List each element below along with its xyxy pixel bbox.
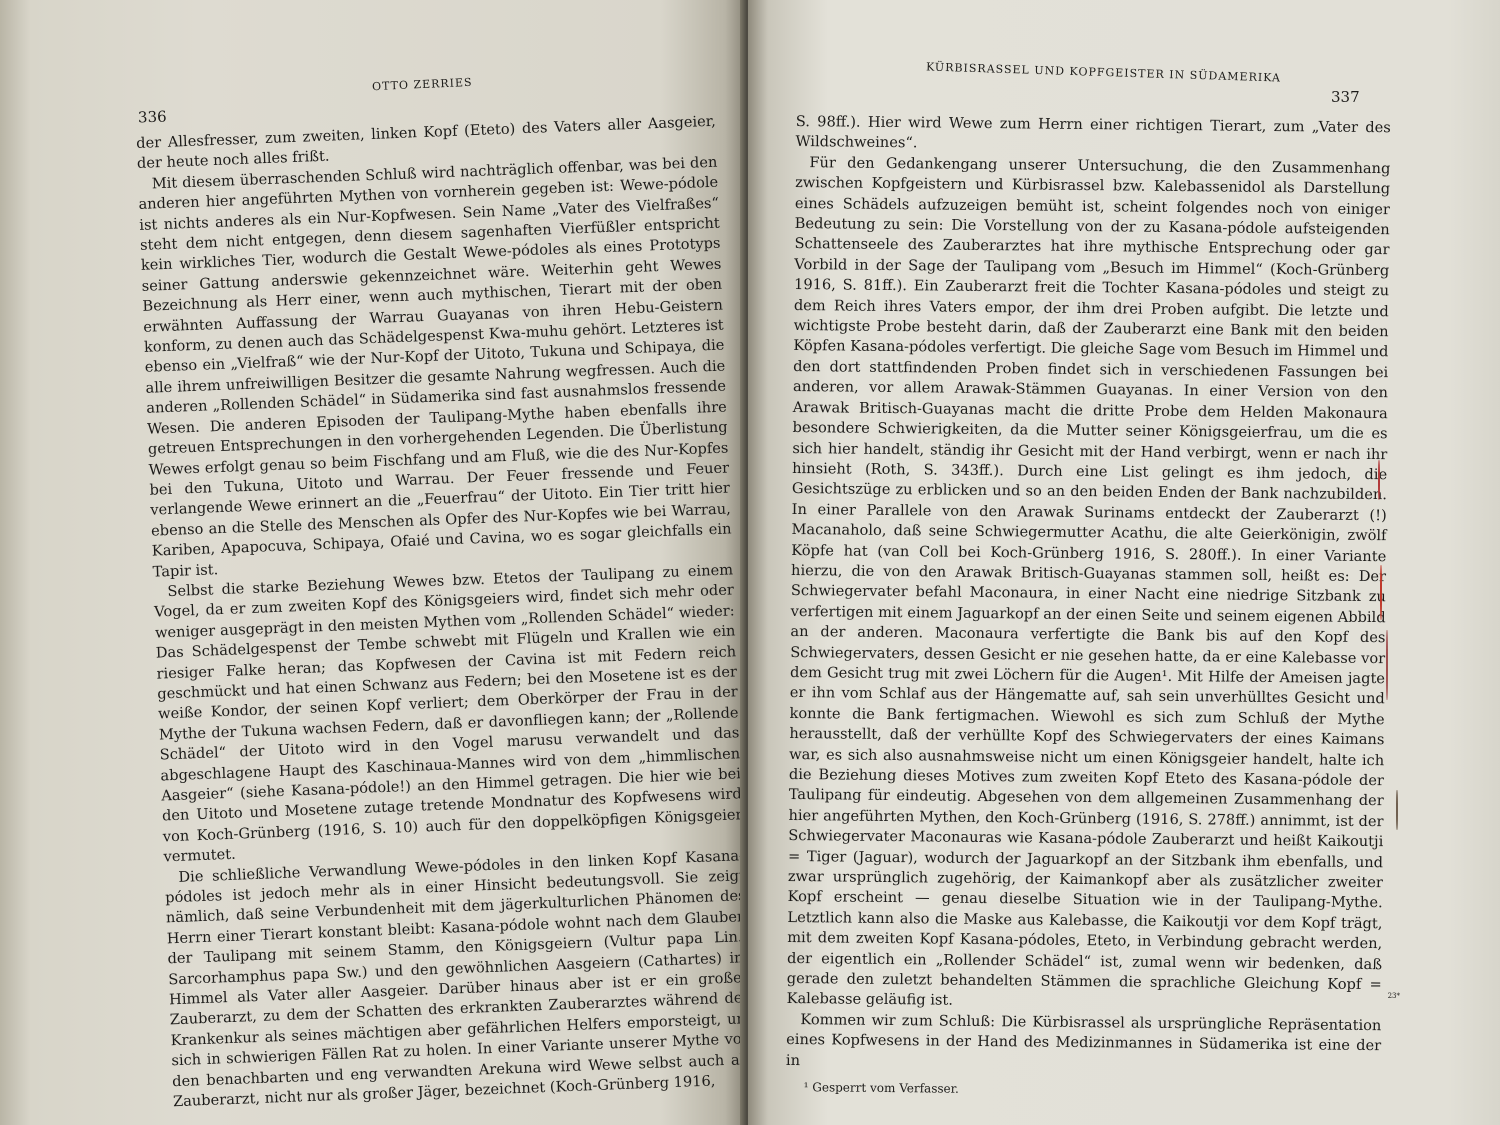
paragraph: Kommen wir zum Schluß: Die Kürbisrassel … [786, 1010, 1382, 1077]
right-page-body: S. 98ff.). Hier wird Wewe zum Herrn eine… [786, 102, 1391, 1104]
paragraph: S. 98ff.). Hier wird Wewe zum Herrn eine… [795, 112, 1390, 159]
pencil-mark [1396, 790, 1398, 830]
page-number-right: 337 [1331, 88, 1360, 106]
open-book-spread: OTTO ZERRIES 336 der Allesfresser, zum z… [0, 0, 1500, 1125]
pencil-mark [1380, 565, 1382, 620]
footnote: ¹ Gesperrt vom Verfasser. [786, 1077, 1381, 1104]
paragraph: Selbst die starke Beziehung Wewes bzw. E… [153, 560, 744, 868]
left-page-body: der Allesfresser, zum zweiten, linken Ko… [135, 90, 753, 1113]
paragraph: Mit diesem überraschenden Schluß wird na… [137, 153, 732, 583]
pencil-mark [1378, 460, 1380, 500]
left-page: OTTO ZERRIES 336 der Allesfresser, zum z… [0, 0, 745, 1125]
signature-mark: 23* [1388, 992, 1400, 1000]
paragraph: Für den Gedankengang unserer Untersuchun… [786, 153, 1390, 1016]
pencil-mark [1386, 630, 1388, 700]
paragraph: Die schließliche Verwandlung Wewe-pódole… [164, 846, 753, 1113]
running-head-title: KÜRBISRASSEL UND KOPFGEISTER IN SÜDAMERI… [926, 60, 1281, 84]
right-page: KÜRBISRASSEL UND KOPFGEISTER IN SÜDAMERI… [748, 0, 1500, 1125]
running-head-author: OTTO ZERRIES [372, 76, 473, 93]
